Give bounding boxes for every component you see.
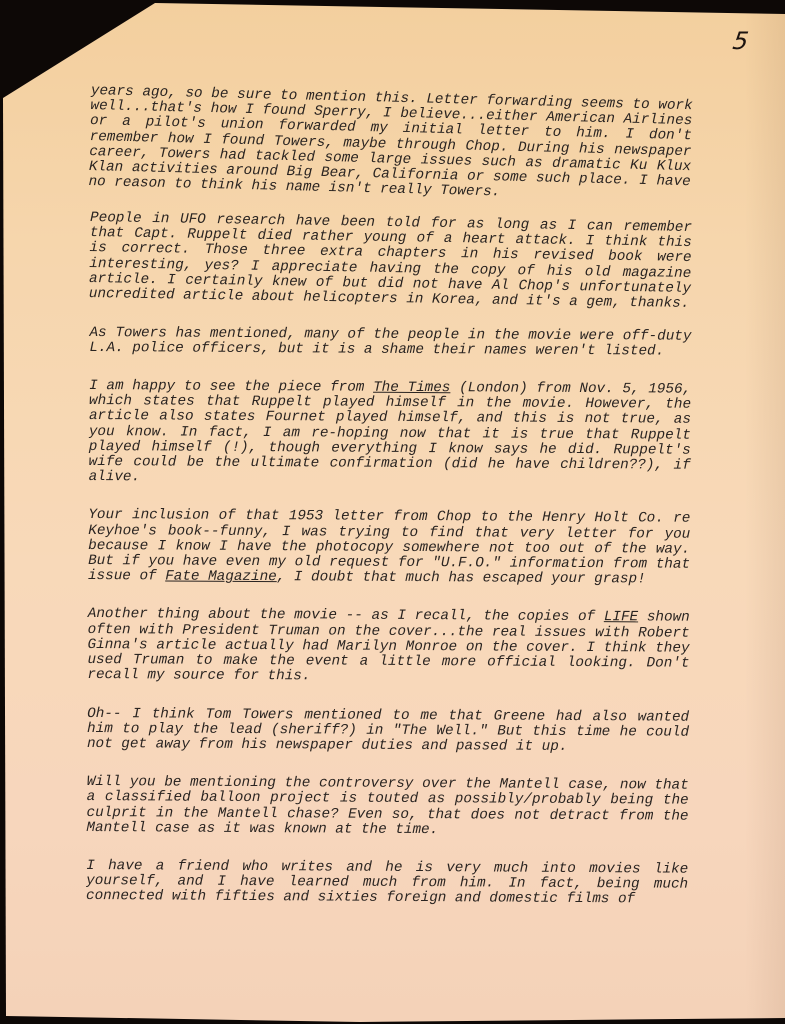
paragraph-text: As Towers has mentioned, many of the peo… xyxy=(89,325,691,360)
scan-background: 5 years ago, so be sure to mention this.… xyxy=(0,0,785,1024)
paragraph-text: People in UFO research have been told fo… xyxy=(89,210,692,312)
paragraph-mantell-case: Will you be mentioning the controversy o… xyxy=(86,775,688,839)
publication-title: Fate Magazine xyxy=(165,569,277,586)
letter-body: years ago, so be sure to mention this. L… xyxy=(86,84,693,931)
paragraph-text: (London) from Nov. 5, 1956, which states… xyxy=(89,380,692,485)
paragraph-chop-letter: Your inclusion of that 1953 letter from … xyxy=(88,508,690,588)
paragraph-the-well: Oh-- I think Tom Towers mentioned to me … xyxy=(87,706,689,755)
paragraph-text: Oh-- I think Tom Towers mentioned to me … xyxy=(87,705,689,754)
paragraph-letter-forwarding: years ago, so be sure to mention this. L… xyxy=(88,84,693,206)
paragraph-text: years ago, so be sure to mention this. L… xyxy=(88,83,693,201)
paragraph-friend-writer: I have a friend who writes and he is ver… xyxy=(86,859,688,908)
paragraph-ruppelt-death: People in UFO research have been told fo… xyxy=(89,211,692,312)
publication-title: The Times xyxy=(373,380,450,396)
paragraph-times-piece: I am happy to see the piece from The Tim… xyxy=(89,379,692,489)
paragraph-text: , I doubt that much has escaped your gra… xyxy=(277,569,646,587)
paragraph-police-officers: As Towers has mentioned, many of the peo… xyxy=(89,326,691,360)
paragraph-text: I have a friend who writes and he is ver… xyxy=(86,858,688,908)
paragraph-life-magazine: Another thing about the movie -- as I re… xyxy=(87,607,689,687)
letter-page: 5 years ago, so be sure to mention this.… xyxy=(0,0,785,1024)
paragraph-text: Will you be mentioning the controversy o… xyxy=(86,774,688,838)
page-number: 5 xyxy=(731,27,750,55)
publication-title: LIFE xyxy=(604,610,638,626)
